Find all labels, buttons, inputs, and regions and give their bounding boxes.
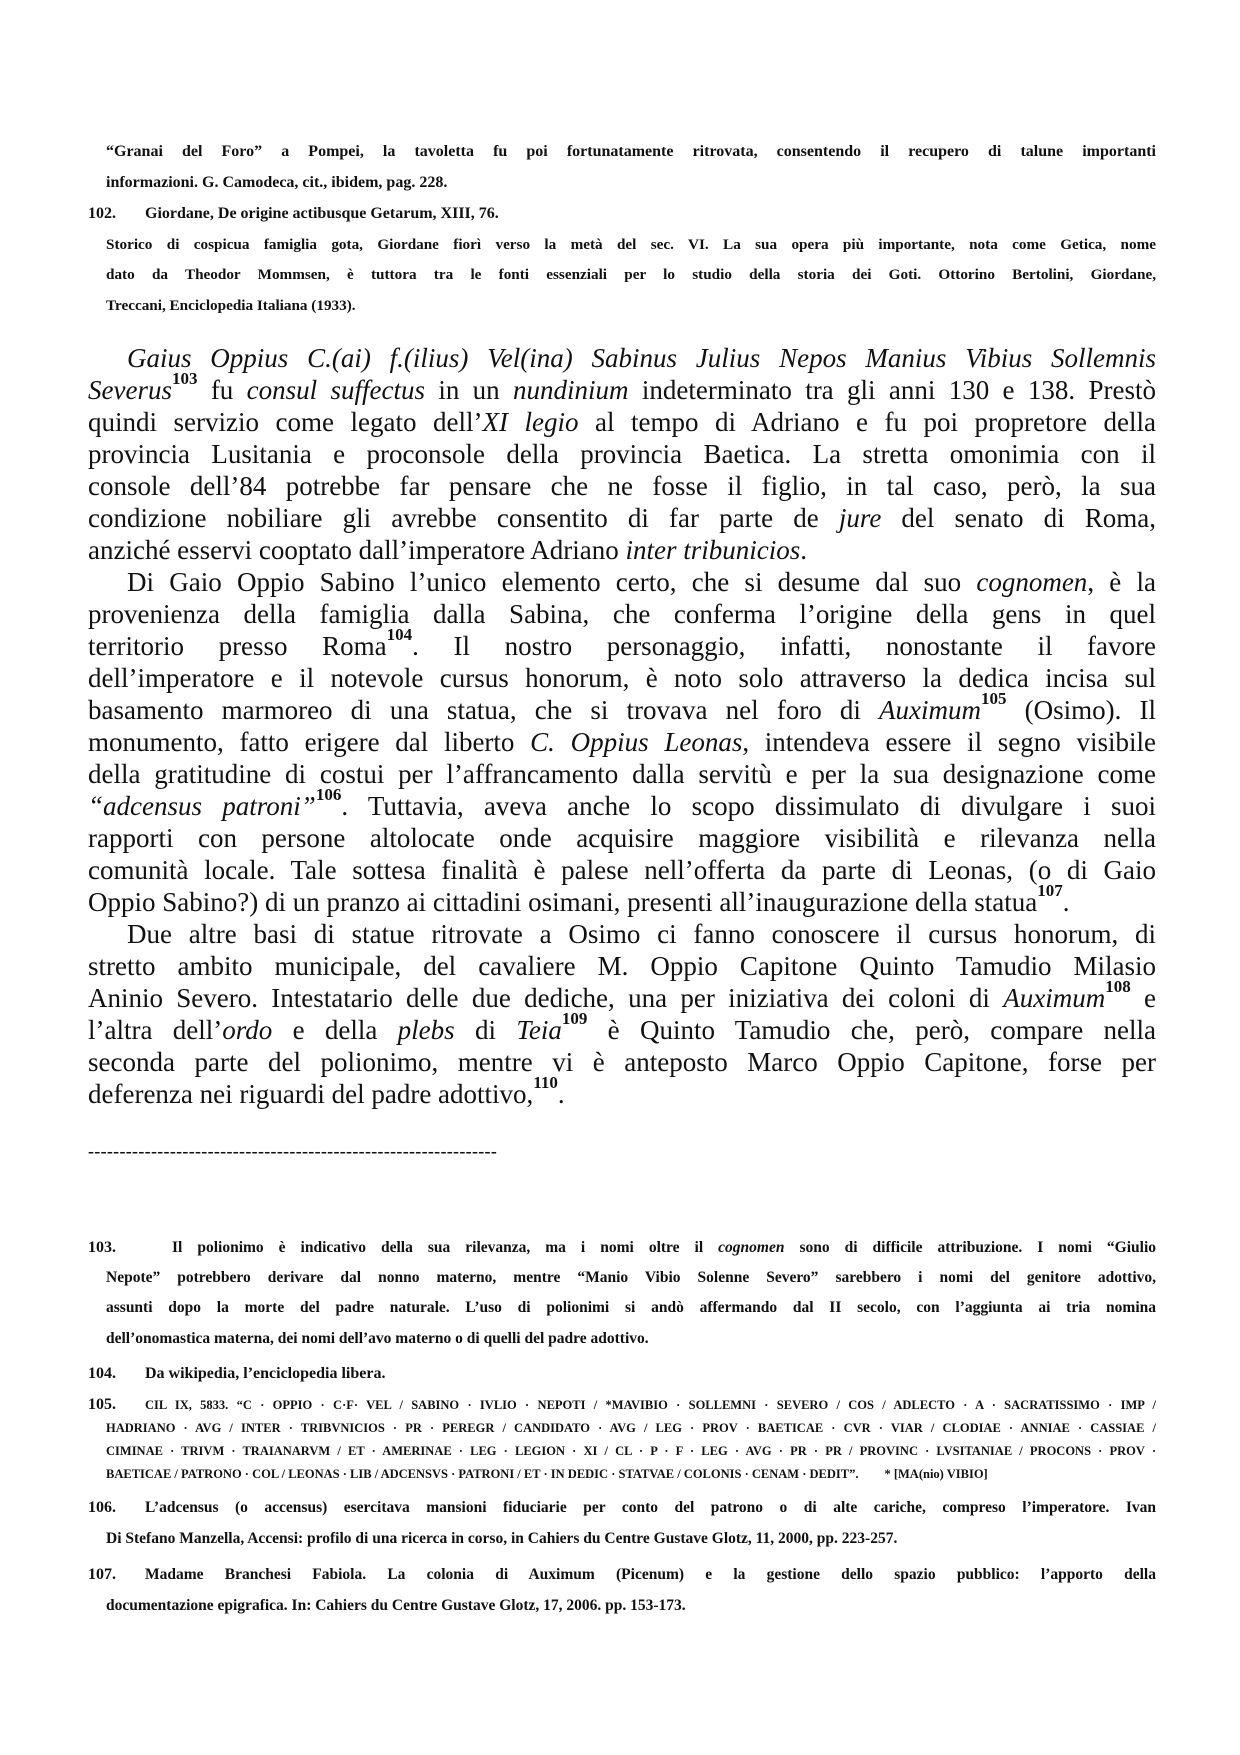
footnote-text-line: informazioni. G. Camodeca, cit., ibidem,…: [106, 174, 447, 192]
paragraph-1-line: Severus103 fu consul suffectus in un nun…: [88, 374, 1156, 406]
paragraph-3-line: Aninio Severo. Intestatario delle due de…: [88, 982, 1156, 1014]
paragraph-2-line: territorio presso Roma104. Il nostro per…: [88, 630, 1156, 662]
footnote-text-line: “Granai del Foro” a Pompei, la tavoletta…: [106, 143, 1156, 161]
footnote-text-line: Treccani, Enciclopedia Italiana (1933).: [106, 297, 356, 315]
paragraph-1-line: condizione nobiliare gli avrebbe consent…: [88, 502, 1156, 534]
footnote-number: 105.: [88, 1396, 116, 1414]
footnote-text: Giordane, De origine actibusque Getarum,…: [145, 205, 499, 223]
footnote-text-line: dato da Theodor Mommsen, è tuttora tra l…: [106, 266, 1156, 284]
paragraph-1-line: anziché esservi cooptato dall’imperatore…: [88, 534, 1156, 566]
footnote-text-line: L’adcensus (o accensus) esercitava mansi…: [145, 1499, 1156, 1517]
footnote-text-line: CIMINAE · TRIVM · TRAIANARVM / ET · AMER…: [106, 1444, 1156, 1459]
paragraph-2-line: monumento, fatto erigere dal liberto C. …: [88, 726, 1156, 758]
paragraph-3-line: seconda parte del polionimo, mentre vi è…: [88, 1046, 1156, 1078]
paragraph-3-line: Due altre basi di statue ritrovate a Osi…: [88, 918, 1156, 950]
paragraph-3-line: l’altra dell’ordo e della plebs di Teia1…: [88, 1014, 1156, 1046]
footnote-number: 102.: [88, 205, 116, 223]
paragraph-2-line: Oppio Sabino?) di un pranzo ai cittadini…: [88, 886, 1156, 918]
paragraph-2-line: provenienza della famiglia dalla Sabina,…: [88, 598, 1156, 630]
footnote-ref-106[interactable]: 106: [316, 785, 342, 804]
footnote-ref-110[interactable]: 110: [533, 1073, 558, 1092]
footnote-ref-107[interactable]: 107: [1037, 881, 1063, 900]
paragraph-2-line: Di Gaio Oppio Sabino l’unico elemento ce…: [88, 566, 1156, 598]
paragraph-3-line: stretto ambito municipale, del cavaliere…: [88, 950, 1156, 982]
footnote-text-line: assunti dopo la morte del padre naturale…: [106, 1299, 1156, 1317]
paragraph-1-line: Gaius Oppius C.(ai) f.(ilius) Vel(ina) S…: [88, 342, 1156, 374]
paragraph-2-line: comunità locale. Tale sottesa finalità è…: [88, 854, 1156, 886]
footnote-ref-105[interactable]: 105: [981, 689, 1007, 708]
paragraph-2-line: della gratitudine di costui per l’affran…: [88, 758, 1156, 790]
paragraph-1-line: provincia Lusitania e proconsole della p…: [88, 438, 1156, 470]
paragraph-1-line: console dell’84 potrebbe far pensare che…: [88, 470, 1156, 502]
footnote-ref-103[interactable]: 103: [172, 369, 198, 388]
paragraph-2-line: basamento marmoreo di una statua, che si…: [88, 694, 1156, 726]
footnote-ref-109[interactable]: 109: [562, 1009, 588, 1028]
paragraph-2-line: rapporti con persone altolocate onde acq…: [88, 822, 1156, 854]
footnote-text-line: HADRIANO · AVG / INTER · TRIBVNICIOS · P…: [106, 1421, 1156, 1436]
footnote-text-line: Il polionimo è indicativo della sua rile…: [172, 1239, 1156, 1257]
paragraph-2-line: “adcensus patroni”106. Tuttavia, aveva a…: [88, 790, 1156, 822]
footnote-number: 104.: [88, 1365, 116, 1383]
footnote-number: 107.: [88, 1566, 116, 1584]
footnote-text-line: Nepote” potrebbero derivare dal nonno ma…: [106, 1269, 1156, 1287]
footnote-text-line: documentazione epigrafica. In: Cahiers d…: [106, 1597, 686, 1615]
document-page: “Granai del Foro” a Pompei, la tavoletta…: [0, 0, 1240, 1755]
footnote-number: 103.: [88, 1239, 116, 1257]
footnote-text-line: Madame Branchesi Fabiola. La colonia di …: [145, 1566, 1156, 1584]
footnote-ref-108[interactable]: 108: [1105, 977, 1131, 996]
footnote-text-line: CIL IX, 5833. “C · OPPIO · C·F· VEL / SA…: [145, 1398, 1156, 1413]
footnote-number: 106.: [88, 1499, 116, 1517]
footnote-text: Da wikipedia, l’enciclopedia libera.: [145, 1365, 385, 1383]
footnote-text-line: dell’onomastica materna, dei nomi dell’a…: [106, 1330, 649, 1348]
footnote-ref-104[interactable]: 104: [387, 625, 413, 644]
footnote-text-line: BAETICAE / PATRONO · COL / LEONAS · LIB …: [106, 1467, 988, 1482]
footnote-text-line: Storico di cospicua famiglia gota, Giord…: [106, 236, 1156, 254]
footnote-separator: ----------------------------------------…: [88, 1141, 497, 1162]
paragraph-1-line: quindi servizio come legato dell’XI legi…: [88, 406, 1156, 438]
footnote-text-line: Di Stefano Manzella, Accensi: profilo di…: [106, 1530, 897, 1548]
paragraph-3-line: deferenza nei riguardi del padre adottiv…: [88, 1078, 1156, 1110]
